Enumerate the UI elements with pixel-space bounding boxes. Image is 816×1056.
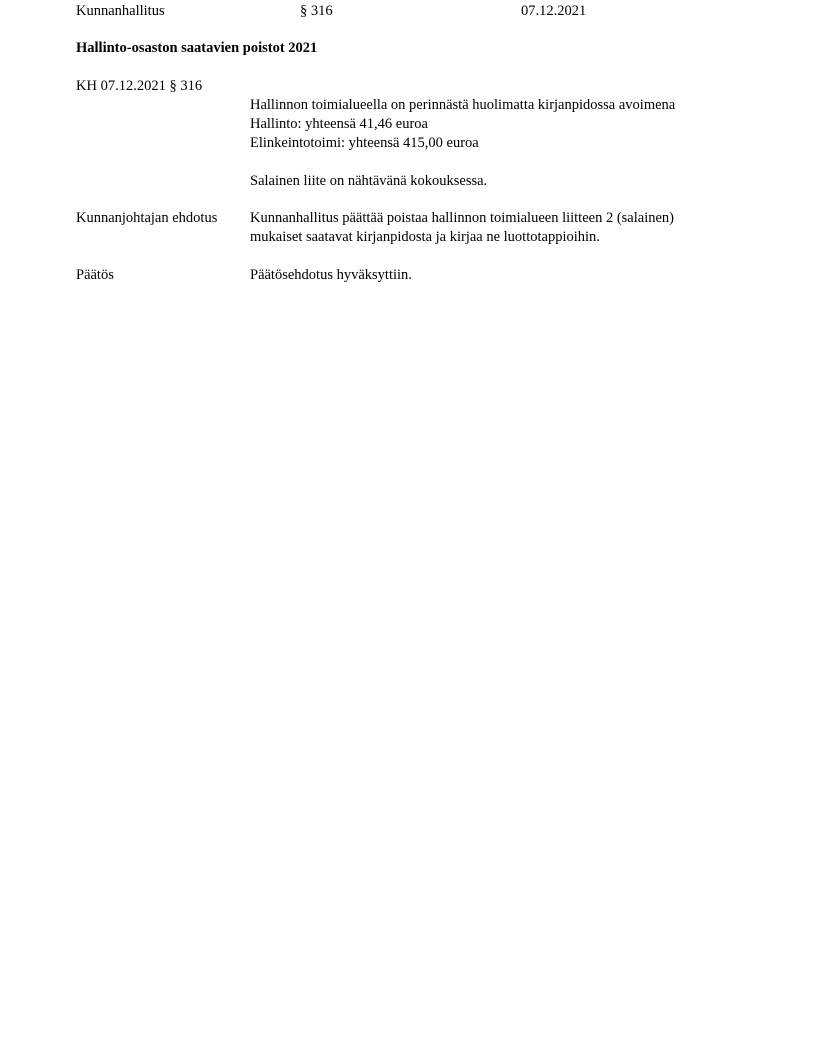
page-title: Hallinto-osaston saatavien poistot 2021 [76, 39, 317, 58]
intro-line-2: Hallinto: yhteensä 41,46 euroa [250, 115, 428, 134]
proposal-line-1: Kunnanhallitus päättää poistaa hallinnon… [250, 209, 674, 228]
intro-line-3: Elinkeintotoimi: yhteensä 415,00 euroa [250, 134, 479, 153]
proposal-label: Kunnanjohtajan ehdotus [76, 209, 217, 228]
decision-text: Päätösehdotus hyväksyttiin. [250, 266, 412, 285]
reference: KH 07.12.2021 § 316 [76, 77, 202, 96]
proposal-line-2: mukaiset saatavat kirjanpidosta ja kirja… [250, 228, 600, 247]
intro-line-1: Hallinnon toimialueella on perinnästä hu… [250, 96, 675, 115]
header-section: § 316 [300, 2, 333, 21]
header-body: Kunnanhallitus [76, 2, 165, 21]
intro-note: Salainen liite on nähtävänä kokouksessa. [250, 172, 487, 191]
decision-label: Päätös [76, 266, 114, 285]
header-date: 07.12.2021 [521, 2, 586, 21]
